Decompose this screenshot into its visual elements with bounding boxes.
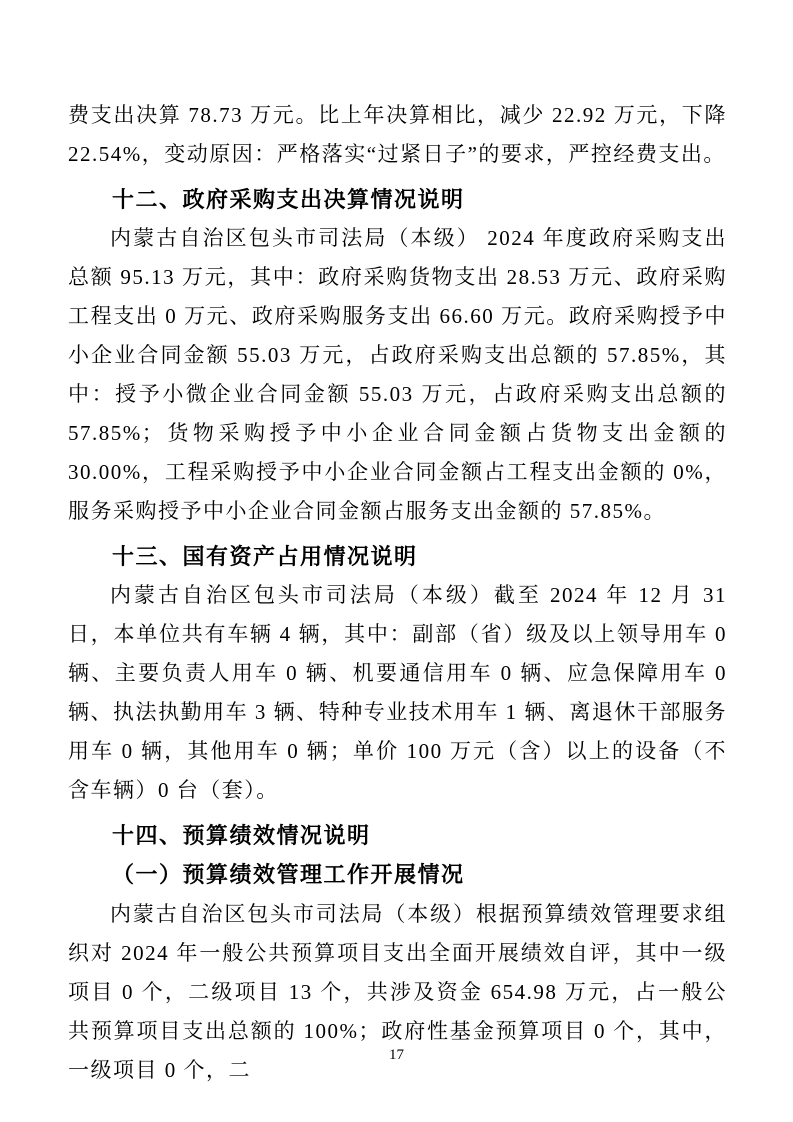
paragraph-gov-procurement-details: 内蒙古自治区包头市司法局（本级） 2024 年度政府采购支出总额 95.13 万… (68, 219, 727, 531)
paragraph-expense-carryover: 费支出决算 78.73 万元。比上年决算相比，减少 22.92 万元，下降 22… (68, 96, 727, 174)
section-heading-13-state-assets: 十三、国有资产占用情况说明 (68, 537, 727, 576)
paragraph-state-assets-details: 内蒙古自治区包头市司法局（本级）截至 2024 年 12 月 31 日，本单位共… (68, 576, 727, 810)
section-heading-14-budget-performance: 十四、预算绩效情况说明 (68, 816, 727, 855)
subsection-heading-1-performance-management: （一）预算绩效管理工作开展情况 (68, 855, 727, 895)
document-page: 费支出决算 78.73 万元。比上年决算相比，减少 22.92 万元，下降 22… (0, 0, 793, 1122)
section-heading-12-gov-procurement: 十二、政府采购支出决算情况说明 (68, 180, 727, 219)
page-number: 17 (0, 1047, 793, 1064)
document-content: 费支出决算 78.73 万元。比上年决算相比，减少 22.92 万元，下降 22… (68, 96, 727, 1090)
